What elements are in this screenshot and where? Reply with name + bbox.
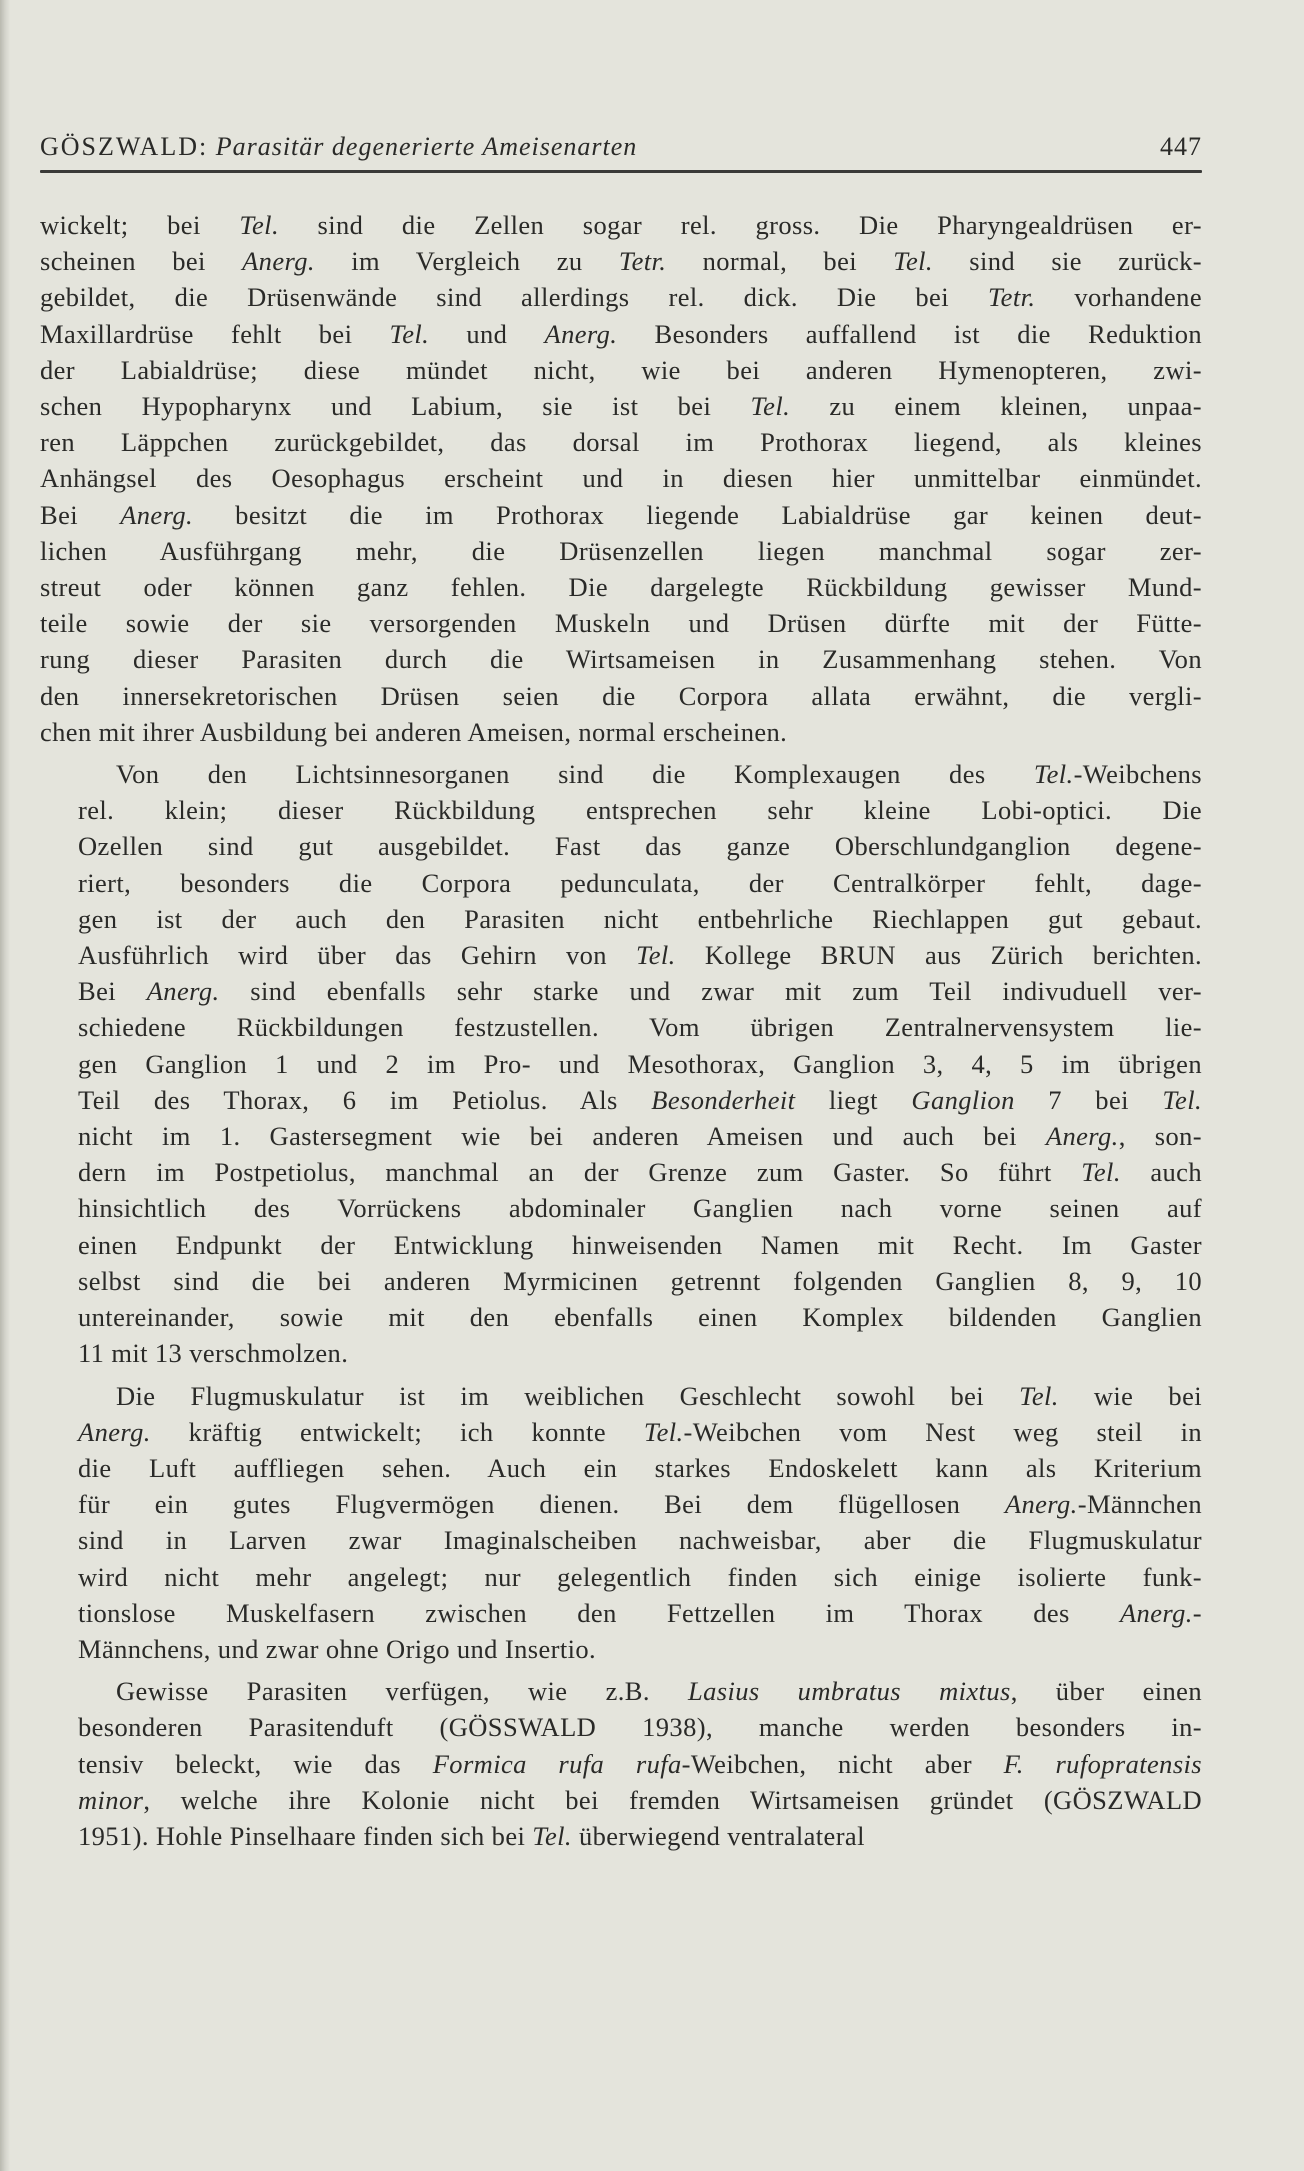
text-run: besonderen Parasitenduft (GÖSSWALD 1938)… xyxy=(78,1712,1202,1742)
text-run: sind in Larven zwar Imaginalscheiben nac… xyxy=(78,1525,1202,1555)
text-line: hinsichtlich des Vorrückens abdominaler … xyxy=(40,1190,1202,1226)
text-line: selbst sind die bei anderen Myrmicinen g… xyxy=(40,1263,1202,1299)
italic-term: Tel. xyxy=(750,391,790,421)
italic-term: Tel. xyxy=(636,940,676,970)
italic-term: Anerg. xyxy=(1120,1598,1193,1628)
header-title: Parasitär degenerierte Ameisenarten xyxy=(216,132,638,161)
text-run: Gewisse Parasiten verfügen, wie z.B. xyxy=(116,1676,688,1706)
text-run: Besonders auffallend ist die Reduktion xyxy=(617,319,1202,349)
text-run: gen ist der auch den Parasiten nicht ent… xyxy=(78,904,1202,934)
text-run: -Männchen xyxy=(1078,1489,1202,1519)
italic-term: Tel. xyxy=(1034,759,1074,789)
italic-term: Anerg. xyxy=(78,1417,151,1447)
italic-term: Tel. xyxy=(1162,1085,1202,1115)
paragraph: Von den Lichtsinnesorganen sind die Komp… xyxy=(40,756,1202,1371)
italic-term: Anerg. xyxy=(1005,1489,1078,1519)
italic-term: Ganglion xyxy=(911,1085,1014,1115)
header-rule xyxy=(40,170,1202,173)
text-line: Männchens, und zwar ohne Origo und Inser… xyxy=(40,1631,1202,1667)
text-run: 11 mit 13 verschmolzen. xyxy=(78,1338,348,1368)
text-run: -Weibchen vom Nest weg steil in xyxy=(684,1417,1203,1447)
text-line: gebildet, die Drüsenwände sind allerding… xyxy=(40,279,1202,315)
text-line: dern im Postpetiolus, manchmal an der Gr… xyxy=(40,1154,1202,1190)
italic-term: Anerg. xyxy=(147,976,220,1006)
text-run: überwiegend ventralateral xyxy=(572,1821,865,1851)
text-run: besitzt die im Prothorax liegende Labial… xyxy=(193,500,1202,530)
text-run: ren Läppchen zurückgebildet, das dorsal … xyxy=(40,427,1202,457)
italic-term: Tel. xyxy=(893,246,933,276)
text-run: vorhandene xyxy=(1035,282,1202,312)
italic-term: Formica rufa rufa xyxy=(433,1749,682,1779)
text-line: untereinander, sowie mit den ebenfalls e… xyxy=(40,1299,1202,1335)
text-run: nicht im 1. Gastersegment wie bei andere… xyxy=(78,1121,1046,1151)
italic-term: Tel. xyxy=(644,1417,684,1447)
italic-term: minor xyxy=(78,1785,143,1815)
text-line: riert, besonders die Corpora pedunculata… xyxy=(40,865,1202,901)
italic-term: Tetr. xyxy=(619,246,666,276)
text-line: 11 mit 13 verschmolzen. xyxy=(40,1335,1202,1371)
text-run: -Weibchen, nicht aber xyxy=(682,1749,1004,1779)
text-run: , son- xyxy=(1119,1121,1202,1151)
body-text: wickelt; bei Tel. sind die Zellen sogar … xyxy=(40,207,1202,1854)
text-run: riert, besonders die Corpora pedunculata… xyxy=(78,868,1202,898)
text-run: Von den Lichtsinnesorganen sind die Komp… xyxy=(116,759,1034,789)
text-line: Anhängsel des Oesophagus erscheint und i… xyxy=(40,460,1202,496)
text-run: sind die Zellen sogar rel. gross. Die Ph… xyxy=(279,210,1202,240)
text-run: streut oder können ganz fehlen. Die darg… xyxy=(40,572,1202,602)
italic-term: F. rufopratensis xyxy=(1004,1749,1202,1779)
text-line: Maxillardrüse fehlt bei Tel. und Anerg. … xyxy=(40,316,1202,352)
paragraph: wickelt; bei Tel. sind die Zellen sogar … xyxy=(40,207,1202,750)
text-run: wie bei xyxy=(1059,1381,1202,1411)
text-run: , welche ihre Kolonie nicht bei fremden … xyxy=(143,1785,1202,1815)
text-line: rung dieser Parasiten durch die Wirtsame… xyxy=(40,641,1202,677)
italic-term: Besonderheit xyxy=(651,1085,795,1115)
text-run: chen mit ihrer Ausbildung bei anderen Am… xyxy=(40,717,787,747)
text-run: 1951). Hohle Pinselhaare finden sich bei xyxy=(78,1821,532,1851)
italic-term: Anerg. xyxy=(242,246,315,276)
text-run: normal, bei xyxy=(666,246,893,276)
header-author: GÖSZWALD: xyxy=(40,132,208,161)
text-run: Bei xyxy=(78,976,147,1006)
text-line: tionslose Muskelfasern zwischen den Fett… xyxy=(40,1595,1202,1631)
italic-term: Tetr. xyxy=(988,282,1035,312)
text-line: scheinen bei Anerg. im Vergleich zu Tetr… xyxy=(40,243,1202,279)
text-run: rung dieser Parasiten durch die Wirtsame… xyxy=(40,644,1202,674)
text-run: Ausführlich wird über das Gehirn von xyxy=(78,940,636,970)
text-run: wickelt; bei xyxy=(40,210,239,240)
text-line: Von den Lichtsinnesorganen sind die Komp… xyxy=(40,756,1202,792)
text-run: liegt xyxy=(795,1085,911,1115)
italic-term: Anerg. xyxy=(1046,1121,1119,1151)
text-run: sind ebenfalls sehr starke und zwar mit … xyxy=(220,976,1202,1006)
text-line: tensiv beleckt, wie das Formica rufa ruf… xyxy=(40,1746,1202,1782)
running-header: GÖSZWALD: Parasitär degenerierte Ameisen… xyxy=(40,132,1202,168)
text-line: streut oder können ganz fehlen. Die darg… xyxy=(40,569,1202,605)
text-run: tensiv beleckt, wie das xyxy=(78,1749,433,1779)
text-line: schen Hypopharynx und Labium, sie ist be… xyxy=(40,388,1202,424)
italic-term: Tel. xyxy=(239,210,279,240)
text-run: gen Ganglion 1 und 2 im Pro- und Mesotho… xyxy=(78,1049,1202,1079)
text-line: Die Flugmuskulatur ist im weiblichen Ges… xyxy=(40,1378,1202,1414)
text-run: lichen Ausführgang mehr, die Drüsenzelle… xyxy=(40,536,1202,566)
text-run: 7 bei xyxy=(1015,1085,1163,1115)
text-line: wird nicht mehr angelegt; nur gelegentli… xyxy=(40,1559,1202,1595)
text-line: einen Endpunkt der Entwicklung hinweisen… xyxy=(40,1227,1202,1263)
text-line: nicht im 1. Gastersegment wie bei andere… xyxy=(40,1118,1202,1154)
text-run: schen Hypopharynx und Labium, sie ist be… xyxy=(40,391,750,421)
text-run: selbst sind die bei anderen Myrmicinen g… xyxy=(78,1266,1202,1296)
text-line: besonderen Parasitenduft (GÖSSWALD 1938)… xyxy=(40,1709,1202,1745)
text-run: für ein gutes Flugvermögen dienen. Bei d… xyxy=(78,1489,1005,1519)
text-line: Anerg. kräftig entwickelt; ich konnte Te… xyxy=(40,1414,1202,1450)
text-line: gen ist der auch den Parasiten nicht ent… xyxy=(40,901,1202,937)
page-number: 447 xyxy=(1160,132,1202,162)
text-run: Ozellen sind gut ausgebildet. Fast das g… xyxy=(78,831,1202,861)
text-run: Bei xyxy=(40,500,120,530)
text-line: rel. klein; dieser Rückbildung entsprech… xyxy=(40,792,1202,828)
text-line: für ein gutes Flugvermögen dienen. Bei d… xyxy=(40,1486,1202,1522)
text-run: einen Endpunkt der Entwicklung hinweisen… xyxy=(78,1230,1202,1260)
text-line: minor, welche ihre Kolonie nicht bei fre… xyxy=(40,1782,1202,1818)
text-line: sind in Larven zwar Imaginalscheiben nac… xyxy=(40,1522,1202,1558)
italic-term: Tel. xyxy=(390,319,430,349)
text-line: Ozellen sind gut ausgebildet. Fast das g… xyxy=(40,828,1202,864)
text-run: im Vergleich zu xyxy=(315,246,619,276)
text-run: , über einen xyxy=(1011,1676,1202,1706)
text-line: wickelt; bei Tel. sind die Zellen sogar … xyxy=(40,207,1202,243)
text-run: schiedene Rückbildungen festzustellen. V… xyxy=(78,1012,1202,1042)
text-line: lichen Ausführgang mehr, die Drüsenzelle… xyxy=(40,533,1202,569)
text-line: ren Läppchen zurückgebildet, das dorsal … xyxy=(40,424,1202,460)
text-line: 1951). Hohle Pinselhaare finden sich bei… xyxy=(40,1818,1202,1854)
italic-term: Anerg. xyxy=(120,500,193,530)
text-run: untereinander, sowie mit den ebenfalls e… xyxy=(78,1302,1202,1332)
text-run: dern im Postpetiolus, manchmal an der Gr… xyxy=(78,1157,1081,1187)
text-line: schiedene Rückbildungen festzustellen. V… xyxy=(40,1009,1202,1045)
text-run: Die Flugmuskulatur ist im weiblichen Ges… xyxy=(116,1381,1019,1411)
text-run: - xyxy=(1193,1598,1202,1628)
text-run: zu einem kleinen, unpaa- xyxy=(790,391,1202,421)
text-run: gebildet, die Drüsenwände sind allerding… xyxy=(40,282,988,312)
text-run: kräftig entwickelt; ich konnte xyxy=(151,1417,644,1447)
paragraph: Gewisse Parasiten verfügen, wie z.B. Las… xyxy=(40,1673,1202,1854)
text-line: Bei Anerg. besitzt die im Prothorax lieg… xyxy=(40,497,1202,533)
text-line: Ausführlich wird über das Gehirn von Tel… xyxy=(40,937,1202,973)
text-run: rel. klein; dieser Rückbildung entsprech… xyxy=(78,795,1202,825)
text-run: hinsichtlich des Vorrückens abdominaler … xyxy=(78,1193,1202,1223)
text-run: Maxillardrüse fehlt bei xyxy=(40,319,390,349)
text-line: teile sowie der sie versorgenden Muskeln… xyxy=(40,605,1202,641)
text-run: und xyxy=(429,319,544,349)
text-run: der Labialdrüse; diese mündet nicht, wie… xyxy=(40,355,1202,385)
text-line: Gewisse Parasiten verfügen, wie z.B. Las… xyxy=(40,1673,1202,1709)
text-run: Teil des Thorax, 6 im Petiolus. Als xyxy=(78,1085,651,1115)
text-run: den innersekretorischen Drüsen seien die… xyxy=(40,681,1202,711)
text-line: gen Ganglion 1 und 2 im Pro- und Mesotho… xyxy=(40,1046,1202,1082)
text-run: scheinen bei xyxy=(40,246,242,276)
text-run: Anhängsel des Oesophagus erscheint und i… xyxy=(40,463,1202,493)
text-run: tionslose Muskelfasern zwischen den Fett… xyxy=(78,1598,1120,1628)
text-run: wird nicht mehr angelegt; nur gelegentli… xyxy=(78,1562,1202,1592)
italic-term: Tel. xyxy=(532,1821,572,1851)
italic-term: Tel. xyxy=(1019,1381,1059,1411)
italic-term: Anerg. xyxy=(545,319,618,349)
text-line: der Labialdrüse; diese mündet nicht, wie… xyxy=(40,352,1202,388)
text-run: Kollege BRUN aus Zürich berichten. xyxy=(676,940,1202,970)
page-binding-edge xyxy=(0,0,10,2171)
text-line: Bei Anerg. sind ebenfalls sehr starke un… xyxy=(40,973,1202,1009)
text-run: -Weibchens xyxy=(1074,759,1202,789)
text-line: chen mit ihrer Ausbildung bei anderen Am… xyxy=(40,714,1202,750)
italic-term: Lasius umbratus mixtus xyxy=(688,1676,1011,1706)
text-run: Männchens, und zwar ohne Origo und Inser… xyxy=(78,1634,596,1664)
text-run: teile sowie der sie versorgenden Muskeln… xyxy=(40,608,1202,638)
text-run: die Luft auffliegen sehen. Auch ein star… xyxy=(78,1453,1202,1483)
italic-term: Tel. xyxy=(1081,1157,1121,1187)
text-line: den innersekretorischen Drüsen seien die… xyxy=(40,678,1202,714)
text-line: Teil des Thorax, 6 im Petiolus. Als Beso… xyxy=(40,1082,1202,1118)
paragraph: Die Flugmuskulatur ist im weiblichen Ges… xyxy=(40,1378,1202,1668)
text-run: sind sie zurück- xyxy=(933,246,1202,276)
text-line: die Luft auffliegen sehen. Auch ein star… xyxy=(40,1450,1202,1486)
header-left: GÖSZWALD: Parasitär degenerierte Ameisen… xyxy=(40,132,637,162)
text-run: auch xyxy=(1121,1157,1202,1187)
